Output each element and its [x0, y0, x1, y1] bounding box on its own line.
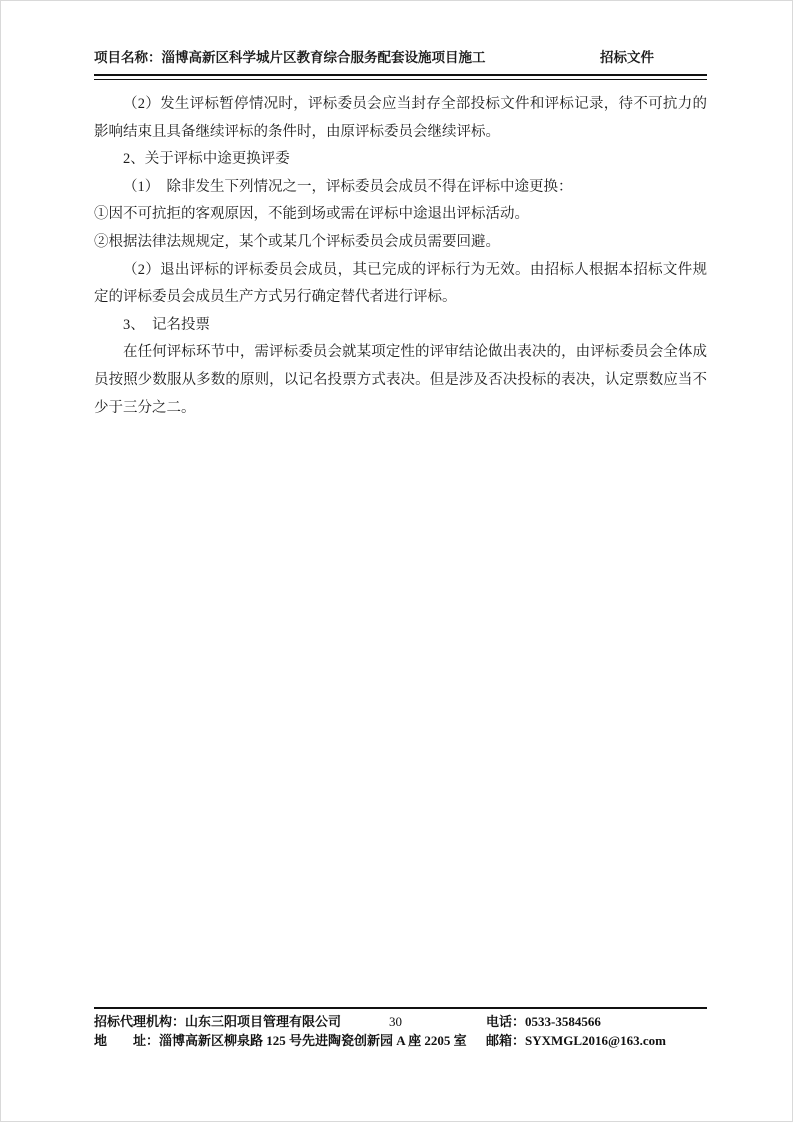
- paragraph-voting-rule: 在任何评标环节中，需评标委员会就某项定性的评审结论做出表决的，由评标委员会全体成…: [94, 339, 707, 422]
- paragraph-no-midway-replacement: （1） 除非发生下列情况之一，评标委员会成员不得在评标中途更换：: [94, 174, 707, 202]
- paragraph-withdrawn-member: （2）退出评标的评标委员会成员，其已完成的评标行为无效。由招标人根据本招标文件规…: [94, 257, 707, 312]
- footer-agency: 招标代理机构：山东三阳项目管理有限公司: [94, 1014, 341, 1029]
- page-number: 30: [389, 1013, 402, 1032]
- header-divider: [94, 74, 707, 80]
- list-item-force-majeure: ①因不可抗拒的客观原因，不能到场或需在评标中途退出评标活动。: [94, 201, 707, 229]
- heading-registered-voting: 3、 记名投票: [94, 312, 707, 340]
- document-page: 项目名称：淄博高新区科学城片区教育综合服务配套设施项目施工 招标文件 （2）发生…: [0, 0, 793, 1122]
- page-footer: 招标代理机构：山东三阳项目管理有限公司 30 电话：0533-3584566 地…: [94, 1007, 707, 1050]
- footer-email: 邮箱：SYXMGL2016@163.com: [486, 1032, 666, 1051]
- footer-phone: 电话：0533-3584566: [486, 1013, 601, 1032]
- footer-row-2: 地 址：淄博高新区柳泉路 125 号先进陶瓷创新园 A 座 2205 室 邮箱：…: [94, 1032, 707, 1051]
- header-row: 项目名称：淄博高新区科学城片区教育综合服务配套设施项目施工 招标文件: [94, 48, 707, 67]
- document-body: （2）发生评标暂停情况时，评标委员会应当封存全部投标文件和评标记录，待不可抗力的…: [94, 91, 707, 422]
- footer-address: 地 址：淄博高新区柳泉路 125 号先进陶瓷创新园 A 座 2205 室: [94, 1033, 467, 1048]
- heading-replace-evaluators: 2、关于评标中途更换评委: [94, 146, 707, 174]
- page-header: 项目名称：淄博高新区科学城片区教育综合服务配套设施项目施工 招标文件: [94, 48, 707, 80]
- header-doc-type: 招标文件: [600, 48, 654, 67]
- footer-row-1: 招标代理机构：山东三阳项目管理有限公司 30 电话：0533-3584566: [94, 1013, 707, 1032]
- footer-divider: [94, 1007, 707, 1009]
- header-project-name: 项目名称：淄博高新区科学城片区教育综合服务配套设施项目施工: [94, 48, 486, 67]
- paragraph-evaluation-pause: （2）发生评标暂停情况时，评标委员会应当封存全部投标文件和评标记录，待不可抗力的…: [94, 91, 707, 146]
- list-item-recusal: ②根据法律法规规定，某个或某几个评标委员会成员需要回避。: [94, 229, 707, 257]
